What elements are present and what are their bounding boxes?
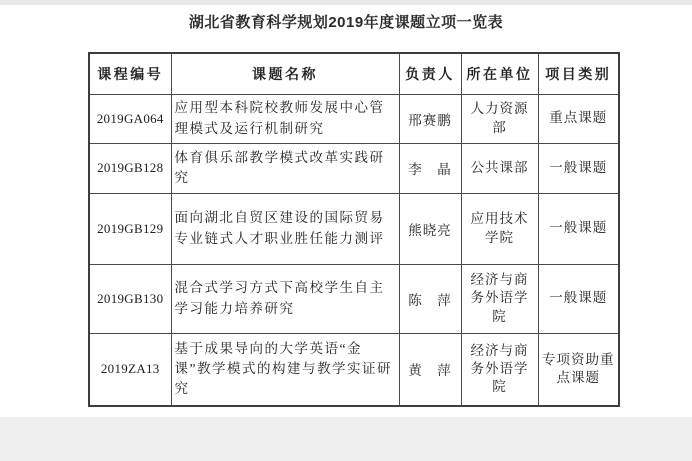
header-leader: 负责人 [399,53,461,94]
project-approval-table: 课程编号 课题名称 负责人 所在单位 项目类别 2019GA064 应用型本科院… [88,52,620,407]
table-header-row: 课程编号 课题名称 负责人 所在单位 项目类别 [89,53,619,94]
unit-name: 公共课部 [461,143,538,193]
header-course-code: 课程编号 [89,53,171,94]
course-code: 2019GB128 [89,143,171,193]
project-category: 专项资助重点课题 [538,333,619,406]
project-name: 混合式学习方式下高校学生自主学习能力培养研究 [171,264,399,333]
leader-name: 李 晶 [399,143,461,193]
header-unit: 所在单位 [461,53,538,94]
course-code: 2019GB129 [89,193,171,264]
top-gray-strip [0,0,692,5]
leader-name: 陈 萍 [399,264,461,333]
project-name: 体育俱乐部教学模式改革实践研究 [171,143,399,193]
project-name: 面向湖北自贸区建设的国际贸易专业链式人才职业胜任能力测评 [171,193,399,264]
header-category: 项目类别 [538,53,619,94]
course-code: 2019ZA13 [89,333,171,406]
page-title: 湖北省教育科学规划2019年度课题立项一览表 [0,11,692,32]
table-row: 2019GB130 混合式学习方式下高校学生自主学习能力培养研究 陈 萍 经济与… [89,264,619,333]
table-row: 2019GA064 应用型本科院校教师发展中心管理模式及运行机制研究 邢赛鹏 人… [89,94,619,143]
bottom-gray-strip [0,417,692,461]
table-row: 2019GB129 面向湖北自贸区建设的国际贸易专业链式人才职业胜任能力测评 熊… [89,193,619,264]
unit-name: 经济与商务外语学院 [461,333,538,406]
table-row: 2019GB128 体育俱乐部教学模式改革实践研究 李 晶 公共课部 一般课题 [89,143,619,193]
project-category: 一般课题 [538,193,619,264]
header-project-name: 课题名称 [171,53,399,94]
leader-name: 邢赛鹏 [399,94,461,143]
project-name: 应用型本科院校教师发展中心管理模式及运行机制研究 [171,94,399,143]
project-name: 基于成果导向的大学英语“金课”教学模式的构建与教学实证研究 [171,333,399,406]
leader-name: 熊晓亮 [399,193,461,264]
project-category: 一般课题 [538,264,619,333]
course-code: 2019GA064 [89,94,171,143]
unit-name: 应用技术学院 [461,193,538,264]
unit-name: 人力资源部 [461,94,538,143]
table-row: 2019ZA13 基于成果导向的大学英语“金课”教学模式的构建与教学实证研究 黄… [89,333,619,406]
project-category: 重点课题 [538,94,619,143]
leader-name: 黄 萍 [399,333,461,406]
course-code: 2019GB130 [89,264,171,333]
unit-name: 经济与商务外语学院 [461,264,538,333]
project-category: 一般课题 [538,143,619,193]
